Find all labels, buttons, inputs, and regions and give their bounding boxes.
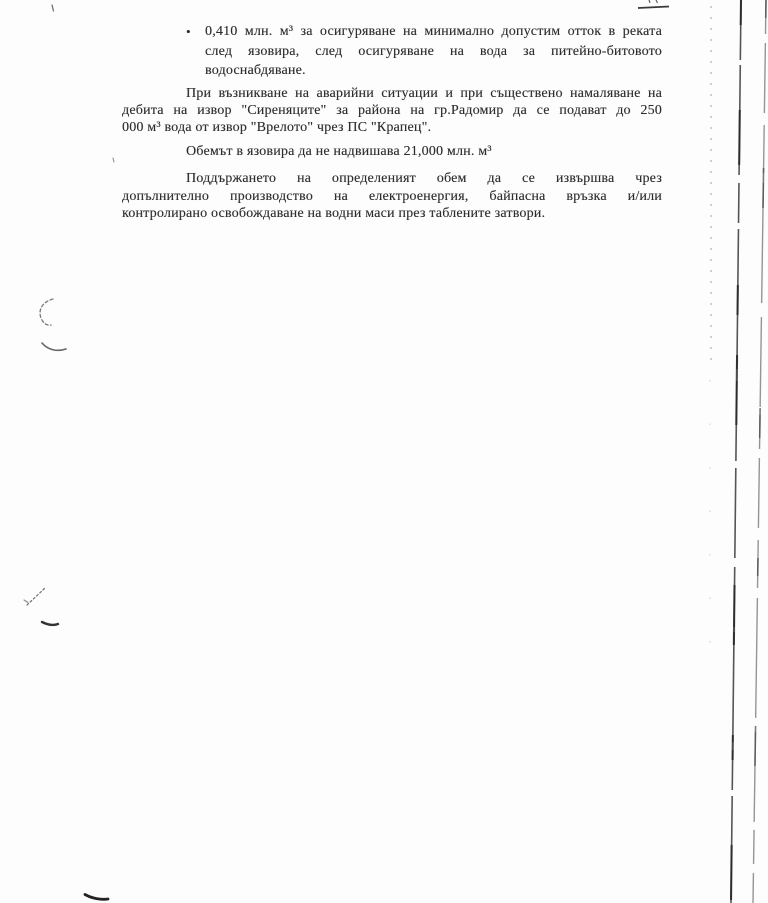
paragraph-emergency-supply: При възникване на аварийни ситуации и пр… (122, 86, 662, 136)
text-line: водоснабдяване. (205, 61, 662, 81)
dotted-slash-left (27, 588, 45, 605)
pen-swoosh-left (42, 343, 66, 350)
vertical-scan-line-2-dark (753, 0, 766, 903)
text-line: Поддържането на определеният обем да се … (122, 170, 662, 188)
text-line: дебита на извор "Сиреняците" за района н… (122, 103, 662, 120)
bullet-list-item: • 0,410 млн. м³ за осигуряване на минима… (205, 22, 662, 81)
text-line: контролирано освобождаване на водни маси… (122, 205, 662, 223)
cutoff-mark-ticks (649, 0, 658, 3)
slash-tick (24, 600, 28, 603)
vertical-scan-line-1-dark (731, 0, 741, 903)
bullet-item-text: 0,410 млн. м³ за осигуряване на минималн… (205, 22, 662, 81)
text-line: след язовира, след осигуряване на вода з… (205, 42, 662, 62)
cutoff-mark-top-right (638, 7, 669, 9)
vertical-scan-line-2 (753, 0, 766, 903)
vertical-scan-line-1 (731, 0, 741, 903)
speck-top-left (52, 5, 54, 11)
text-line: 0,410 млн. м³ за осигуряване на минималн… (205, 22, 662, 42)
scanned-document-page: • 0,410 млн. м³ за осигуряване на минима… (0, 0, 768, 903)
bullet-marker-icon: • (186, 25, 191, 38)
paragraph-volume-maintenance: Поддържането на определеният обем да се … (122, 170, 662, 223)
dark-dash-bottom (85, 895, 108, 900)
text-line: При възникване на аварийни ситуации и пр… (122, 86, 662, 103)
dark-dash-left (42, 622, 58, 625)
text-line: 000 м³ вода от извор "Врелото" чрез ПС "… (122, 120, 662, 137)
pen-curve-left (40, 299, 53, 325)
text-line: Обемът в язовира да не надвишава 21,000 … (122, 143, 662, 160)
speck-left-margin (113, 158, 114, 162)
text-line: допълнително производство на електроенер… (122, 188, 662, 206)
paragraph-volume-limit: Обемът в язовира да не надвишава 21,000 … (122, 143, 662, 160)
